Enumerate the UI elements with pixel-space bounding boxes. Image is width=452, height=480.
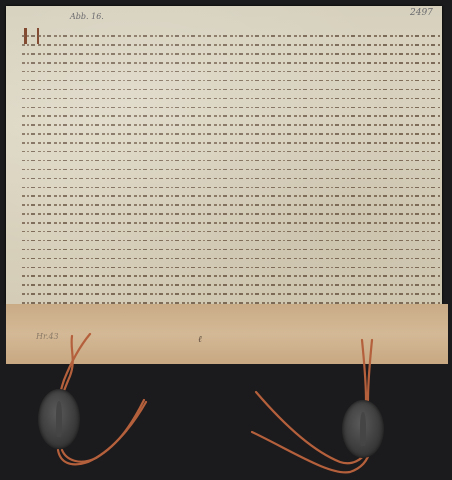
left-wax-seal: [38, 389, 80, 449]
right-wax-seal: [342, 400, 384, 458]
